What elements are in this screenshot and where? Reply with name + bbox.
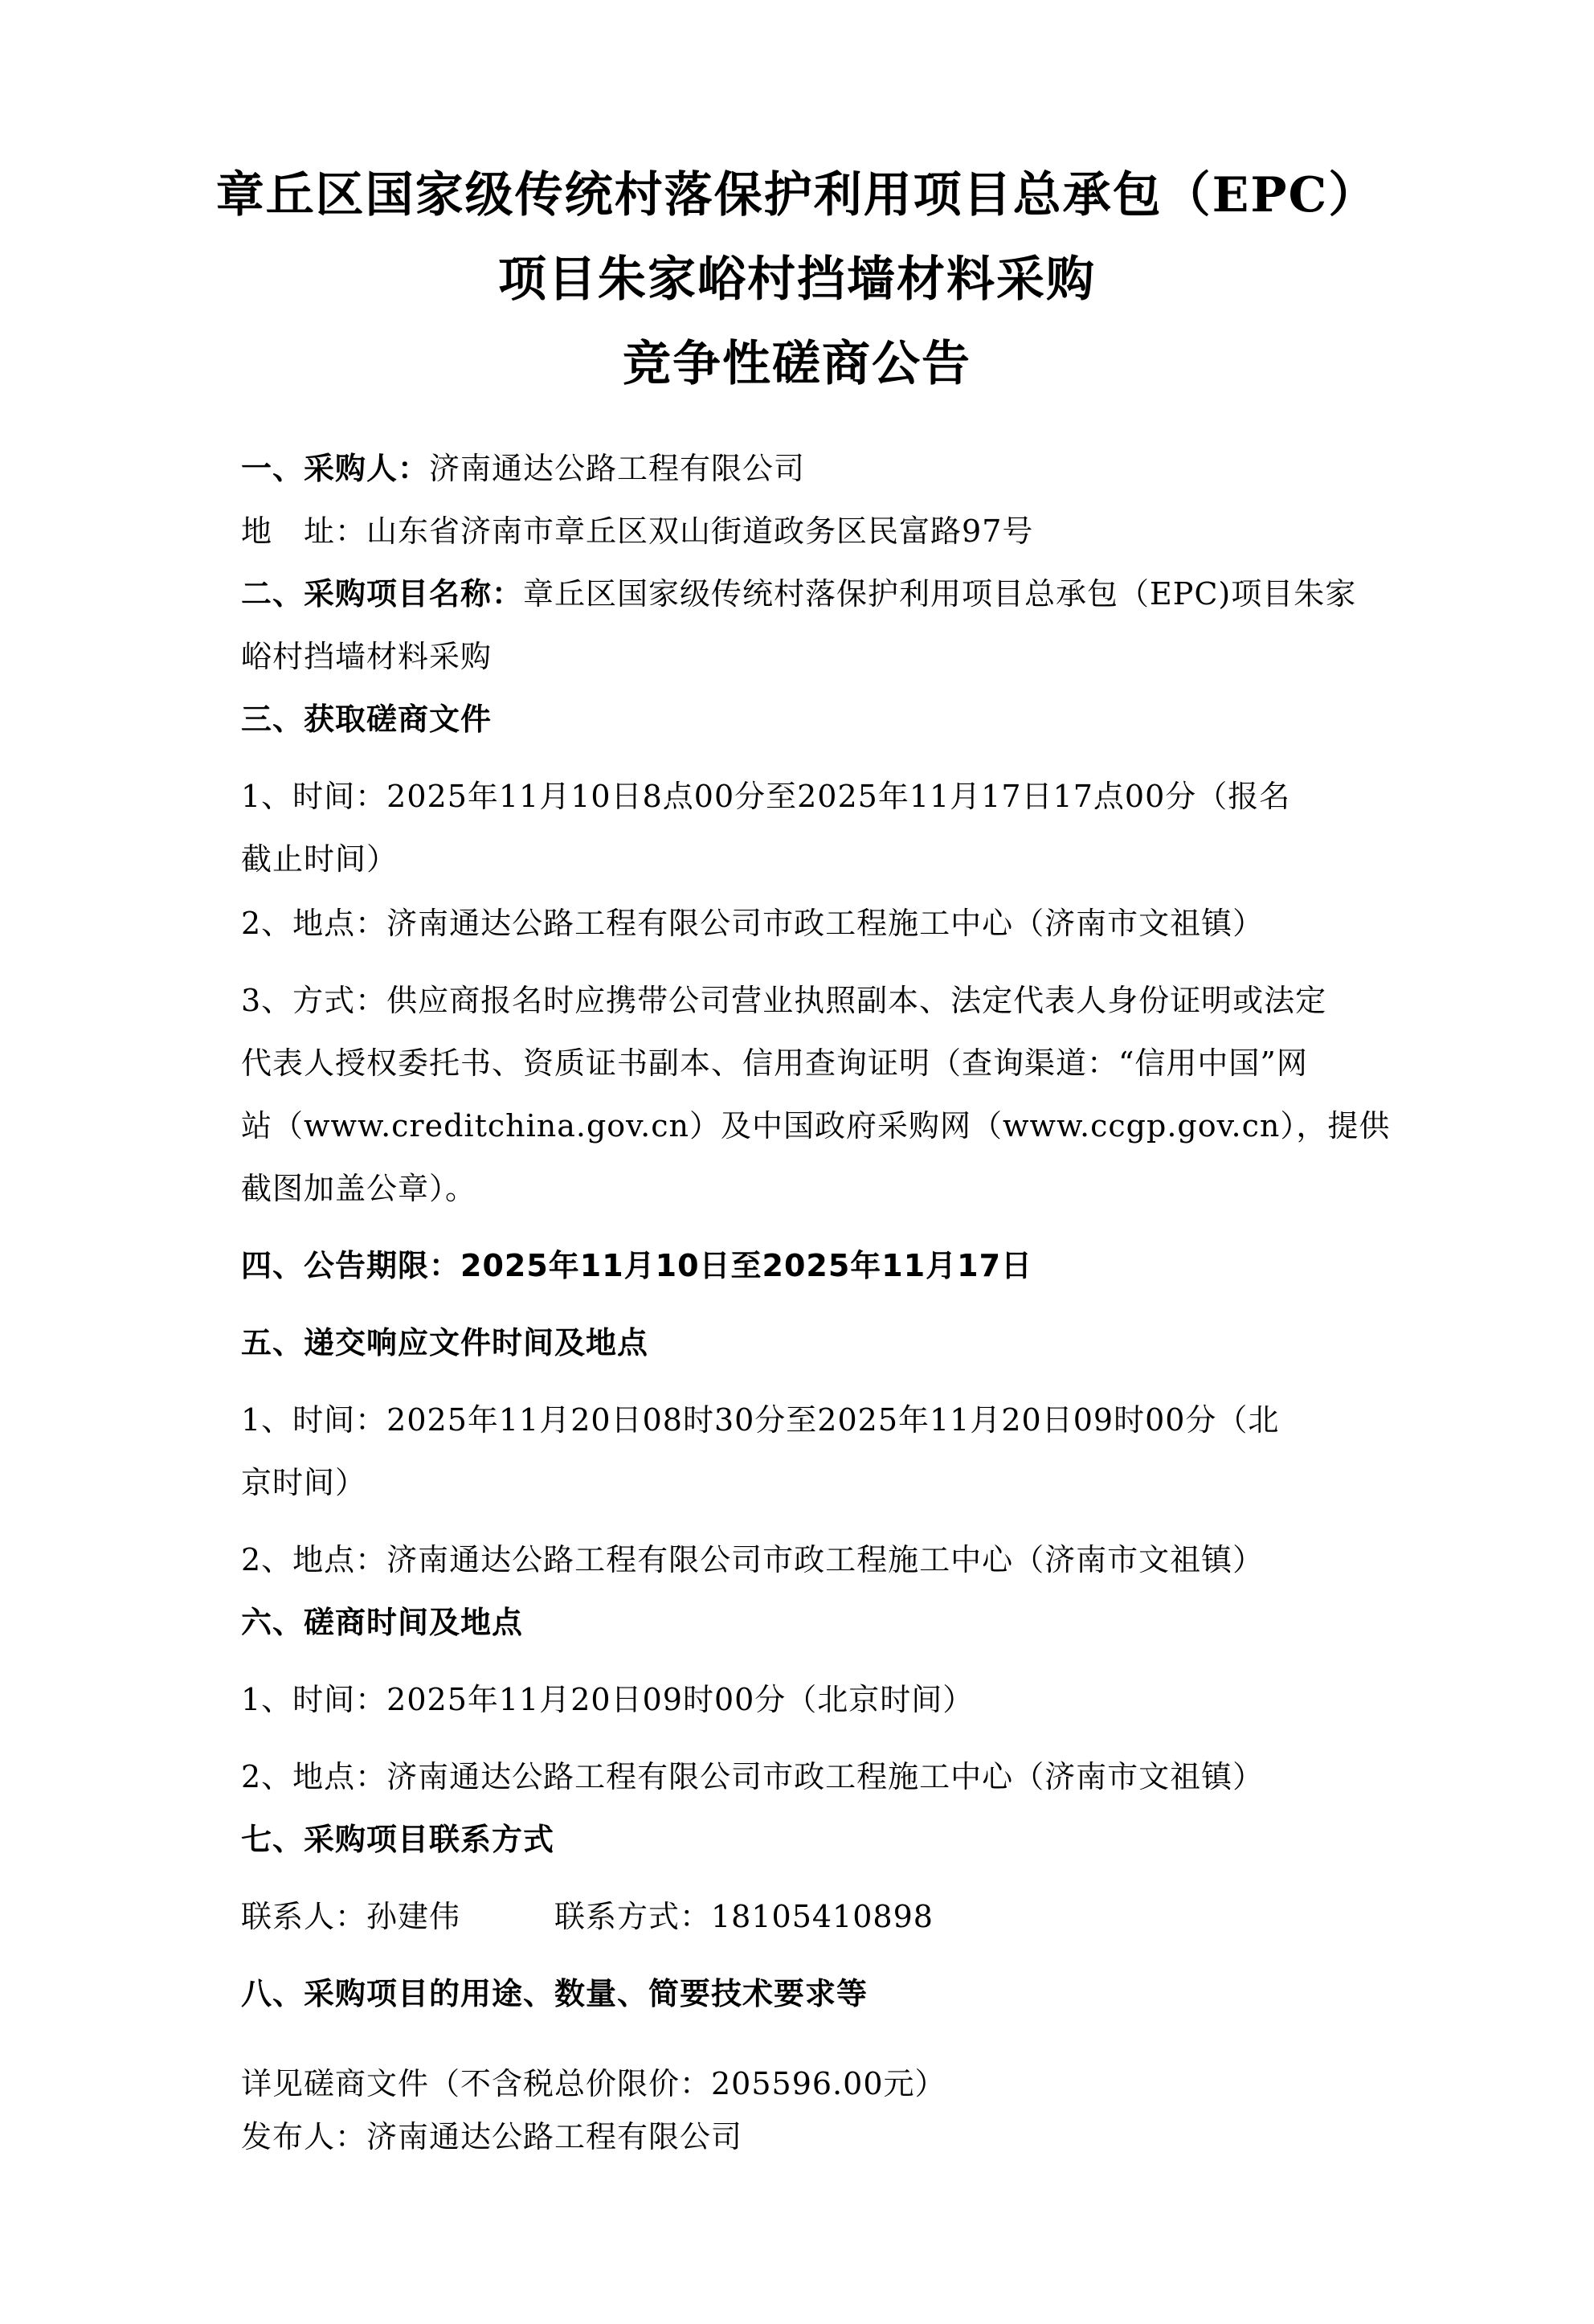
obtain-method-4: 截图加盖公章）。: [241, 1164, 1350, 1208]
purchaser-line: 一、采购人：济南通达公路工程有限公司: [241, 444, 1350, 488]
obtain-method-2: 代表人授权委托书、资质证书副本、信用查询证明（查询渠道：“信用中国”网: [241, 1038, 1350, 1082]
contact-heading: 七、采购项目联系方式: [241, 1815, 1350, 1859]
address-value: 山东省济南市章丘区双山街道政务区民富路97号: [366, 513, 1033, 549]
obtain-docs-heading: 三、获取磋商文件: [241, 694, 1350, 739]
submission-time-2: 京时间）: [241, 1458, 1350, 1502]
title-line-2: 项目朱家峪村挡墙材料采购: [0, 241, 1594, 310]
obtain-time-1: 1、时间：2025年11月10日8点00分至2025年11月17日17点00分（…: [241, 771, 1350, 816]
project-name-cont: 峪村挡墙材料采购: [241, 632, 1350, 676]
notice-period: 四、公告期限：2025年11月10日至2025年11月17日: [241, 1241, 1350, 1285]
address-line: 地 址：山东省济南市章丘区双山街道政务区民富路97号: [241, 506, 1350, 550]
negotiation-heading: 六、磋商时间及地点: [241, 1598, 1350, 1642]
negotiation-place: 2、地点：济南通达公路工程有限公司市政工程施工中心（济南市文祖镇）: [241, 1752, 1350, 1796]
title-line-1: 章丘区国家级传统村落保护利用项目总承包（EPC）: [0, 157, 1594, 226]
negotiation-time: 1、时间：2025年11月20日09时00分（北京时间）: [241, 1675, 1350, 1719]
submission-heading: 五、递交响应文件时间及地点: [241, 1318, 1350, 1362]
obtain-method-3: 站（www.creditchina.gov.cn）及中国政府采购网（www.cc…: [241, 1101, 1350, 1145]
obtain-method-1: 3、方式：供应商报名时应携带公司营业执照副本、法定代表人身份证明或法定: [241, 976, 1350, 1020]
title-line-3: 竞争性磋商公告: [0, 325, 1594, 395]
purchaser-label: 一、采购人：: [241, 450, 429, 486]
publisher-line: 发布人：济南通达公路工程有限公司: [241, 2112, 1350, 2156]
submission-time-1: 1、时间：2025年11月20日08时30分至2025年11月20日09时00分…: [241, 1395, 1350, 1439]
obtain-time-2: 截止时间）: [241, 834, 1350, 878]
submission-place: 2、地点：济南通达公路工程有限公司市政工程施工中心（济南市文祖镇）: [241, 1535, 1350, 1579]
obtain-place: 2、地点：济南通达公路工程有限公司市政工程施工中心（济南市文祖镇）: [241, 898, 1350, 943]
contact-line: 联系人：孙建伟 联系方式：18105410898: [241, 1892, 1350, 1936]
project-name-label: 二、采购项目名称：: [241, 575, 523, 612]
address-label: 地 址：: [241, 513, 366, 549]
project-name-line: 二、采购项目名称：章丘区国家级传统村落保护利用项目总承包（EPC)项目朱家: [241, 569, 1350, 613]
requirements-detail: 详见磋商文件（不含税总价限价：205596.00元）: [241, 2059, 1350, 2103]
requirements-heading: 八、采购项目的用途、数量、简要技术要求等: [241, 1969, 1350, 2013]
project-name-value-1: 章丘区国家级传统村落保护利用项目总承包（EPC)项目朱家: [523, 576, 1356, 612]
document-page: 章丘区国家级传统村落保护利用项目总承包（EPC） 项目朱家峪村挡墙材料采购 竞争…: [0, 0, 1594, 2324]
purchaser-value: 济南通达公路工程有限公司: [429, 451, 805, 486]
